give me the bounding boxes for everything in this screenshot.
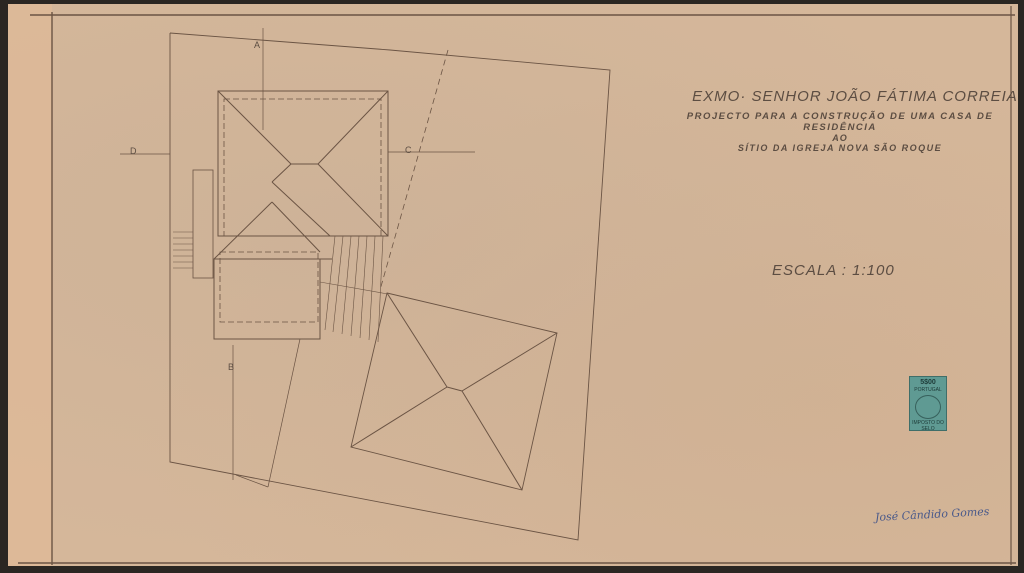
title-block: EXMO· SENHOR JOÃO FÁTIMA CORREIA PROJECT… (660, 88, 1020, 153)
site-location: SÍTIO DA IGREJA NOVA SÃO ROQUE (660, 143, 1020, 153)
connector-text: AO (660, 133, 1020, 143)
site-plan-drawing (0, 0, 1024, 573)
stamp-country: PORTUGAL (910, 387, 946, 393)
client-name: EXMO· SENHOR JOÃO FÁTIMA CORREIA (690, 88, 1020, 105)
stamp-seal-icon (915, 395, 941, 419)
scale-label: ESCALA : 1:100 (772, 262, 895, 279)
stamp-label: IMPOSTO DO SELO (910, 420, 946, 432)
project-description: PROJECTO PARA A CONSTRUÇÃO DE UMA CASA D… (660, 111, 1020, 133)
revenue-stamp: 5$00 PORTUGAL IMPOSTO DO SELO (909, 376, 947, 431)
section-marker-b: B (228, 362, 234, 372)
section-marker-c: C (405, 145, 412, 155)
stamp-value: 5$00 (910, 379, 946, 386)
section-marker-a: A (254, 40, 260, 50)
section-marker-d: D (130, 146, 137, 156)
